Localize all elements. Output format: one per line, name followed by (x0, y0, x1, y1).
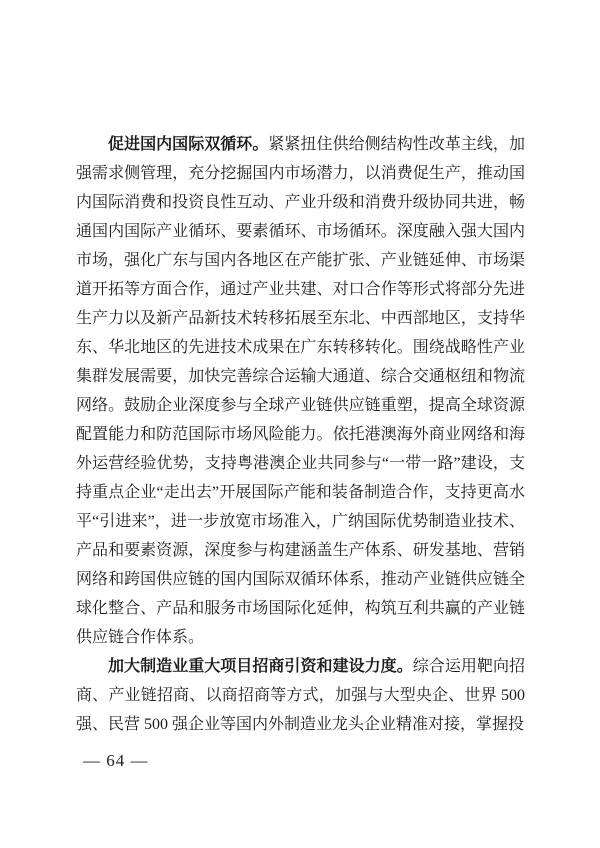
paragraph-lead: 加大制造业重大项目招商引资和建设力度。 (108, 658, 413, 675)
paragraph-investment-promotion: 加大制造业重大项目招商引资和建设力度。综合运用靶向招商、产业链招商、以商招商等方… (76, 652, 525, 739)
paragraph-body: 紧紧扭住供给侧结构性改革主线，加强需求侧管理，充分挖掘国内市场潜力，以消费促生产… (76, 136, 525, 646)
paragraph-lead: 促进国内国际双循环。 (108, 136, 268, 153)
document-page: 促进国内国际双循环。紧紧扭住供给侧结构性改革主线，加强需求侧管理，充分挖掘国内市… (0, 0, 600, 848)
page-number: — 64 — (83, 751, 149, 771)
text-block: 促进国内国际双循环。紧紧扭住供给侧结构性改革主线，加强需求侧管理，充分挖掘国内市… (76, 130, 525, 739)
paragraph-dual-circulation: 促进国内国际双循环。紧紧扭住供给侧结构性改革主线，加强需求侧管理，充分挖掘国内市… (76, 130, 525, 652)
